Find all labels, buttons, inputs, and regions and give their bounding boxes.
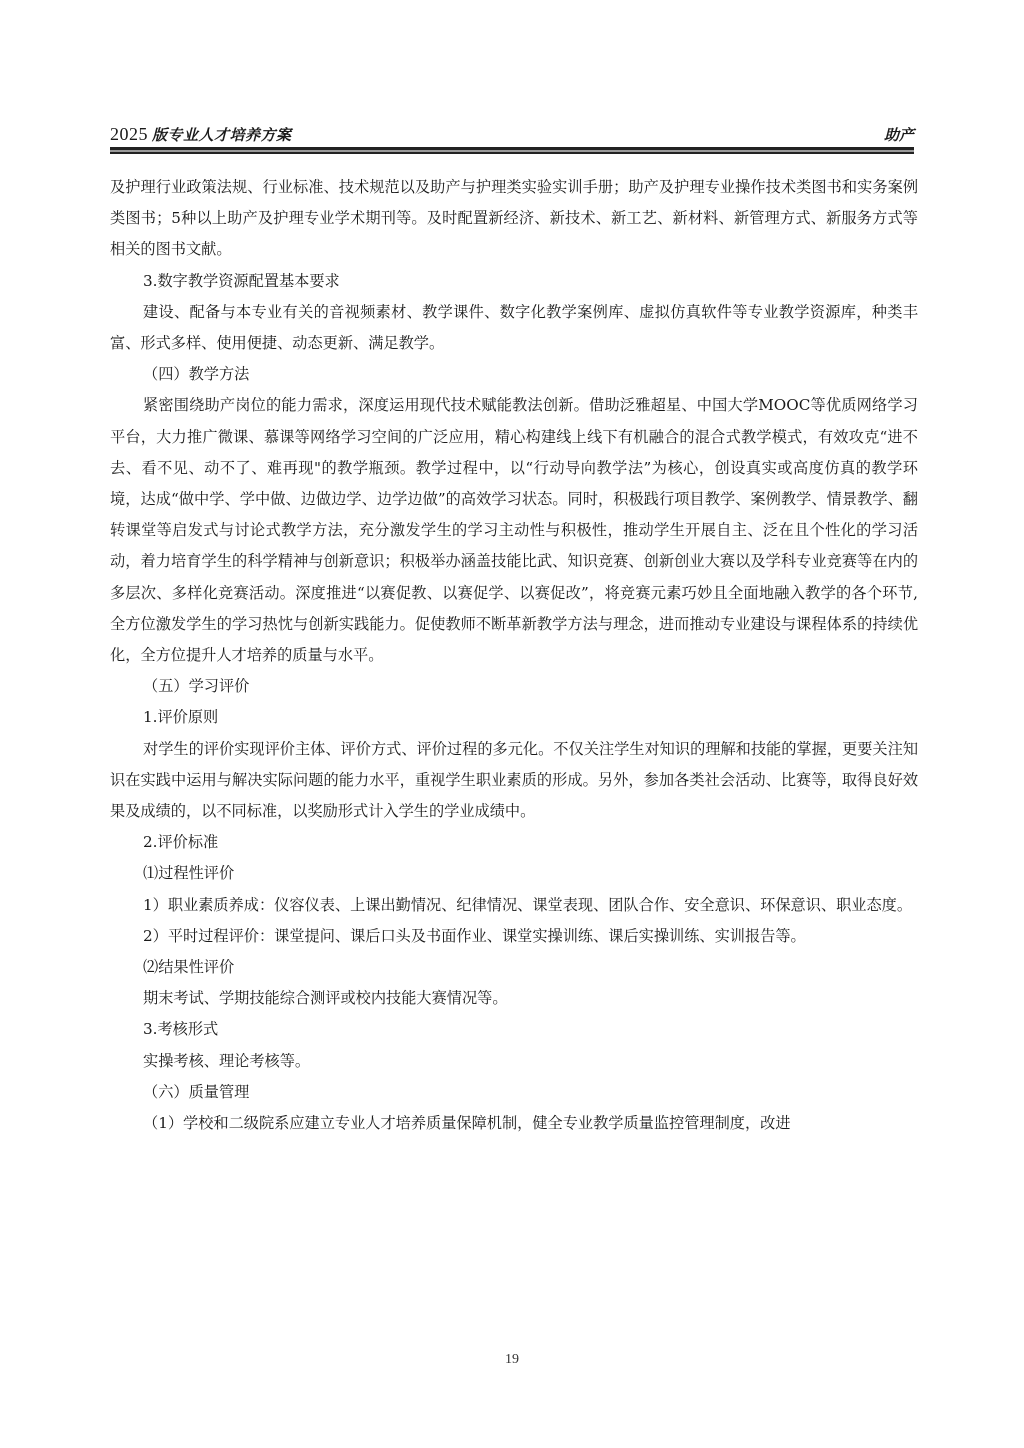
header-document-title: 2025版专业人才培养方案 [110,124,292,145]
section-heading: （六）质量管理 [110,1077,918,1108]
list-item: 2）平时过程评价：课堂提问、课后口头及书面作业、课堂实操训练、课后实操训练、实训… [110,921,918,952]
section-heading: （五）学习评价 [110,671,918,702]
header-rule-thin [110,152,914,154]
subsection-heading: 2.评价标准 [110,827,918,858]
page-number: 19 [0,1352,1024,1368]
paragraph: 对学生的评价实现评价主体、评价方式、评价过程的多元化。不仅关注学生对知识的理解和… [110,734,918,828]
paragraph: 期末考试、学期技能综合测评或校内技能大赛情况等。 [110,983,918,1014]
document-body: 及护理行业政策法规、行业标准、技术规范以及助产与护理类实验实训手册；助产及护理专… [110,172,918,1139]
paragraph: 建设、配备与本专业有关的音视频素材、教学课件、数字化教学案例库、虚拟仿真软件等专… [110,297,918,359]
subsubsection-heading: ⑵结果性评价 [110,952,918,983]
header-year: 2025 [110,124,148,144]
paragraph: 及护理行业政策法规、行业标准、技术规范以及助产与护理类实验实训手册；助产及护理专… [110,172,918,266]
paragraph: 紧密围绕助产岗位的能力需求，深度运用现代技术赋能教法创新。借助泛雅超星、中国大学… [110,390,918,671]
header-title: 版专业人才培养方案 [152,126,292,144]
subsection-heading: 3.考核形式 [110,1014,918,1045]
subsection-heading: 3.数字教学资源配置基本要求 [110,266,918,297]
section-heading: （四）教学方法 [110,359,918,390]
list-item: 1）职业素质养成：仪容仪表、上课出勤情况、纪律情况、课堂表现、团队合作、安全意识… [110,890,918,921]
subsubsection-heading: ⑴过程性评价 [110,858,918,889]
subsection-heading: 1.评价原则 [110,702,918,733]
header-major: 助产 [884,124,914,145]
paragraph: 实操考核、理论考核等。 [110,1046,918,1077]
list-item: （1）学校和二级院系应建立专业人才培养质量保障机制，健全专业教学质量监控管理制度… [110,1108,918,1139]
page-header: 2025版专业人才培养方案 助产 [110,124,914,146]
